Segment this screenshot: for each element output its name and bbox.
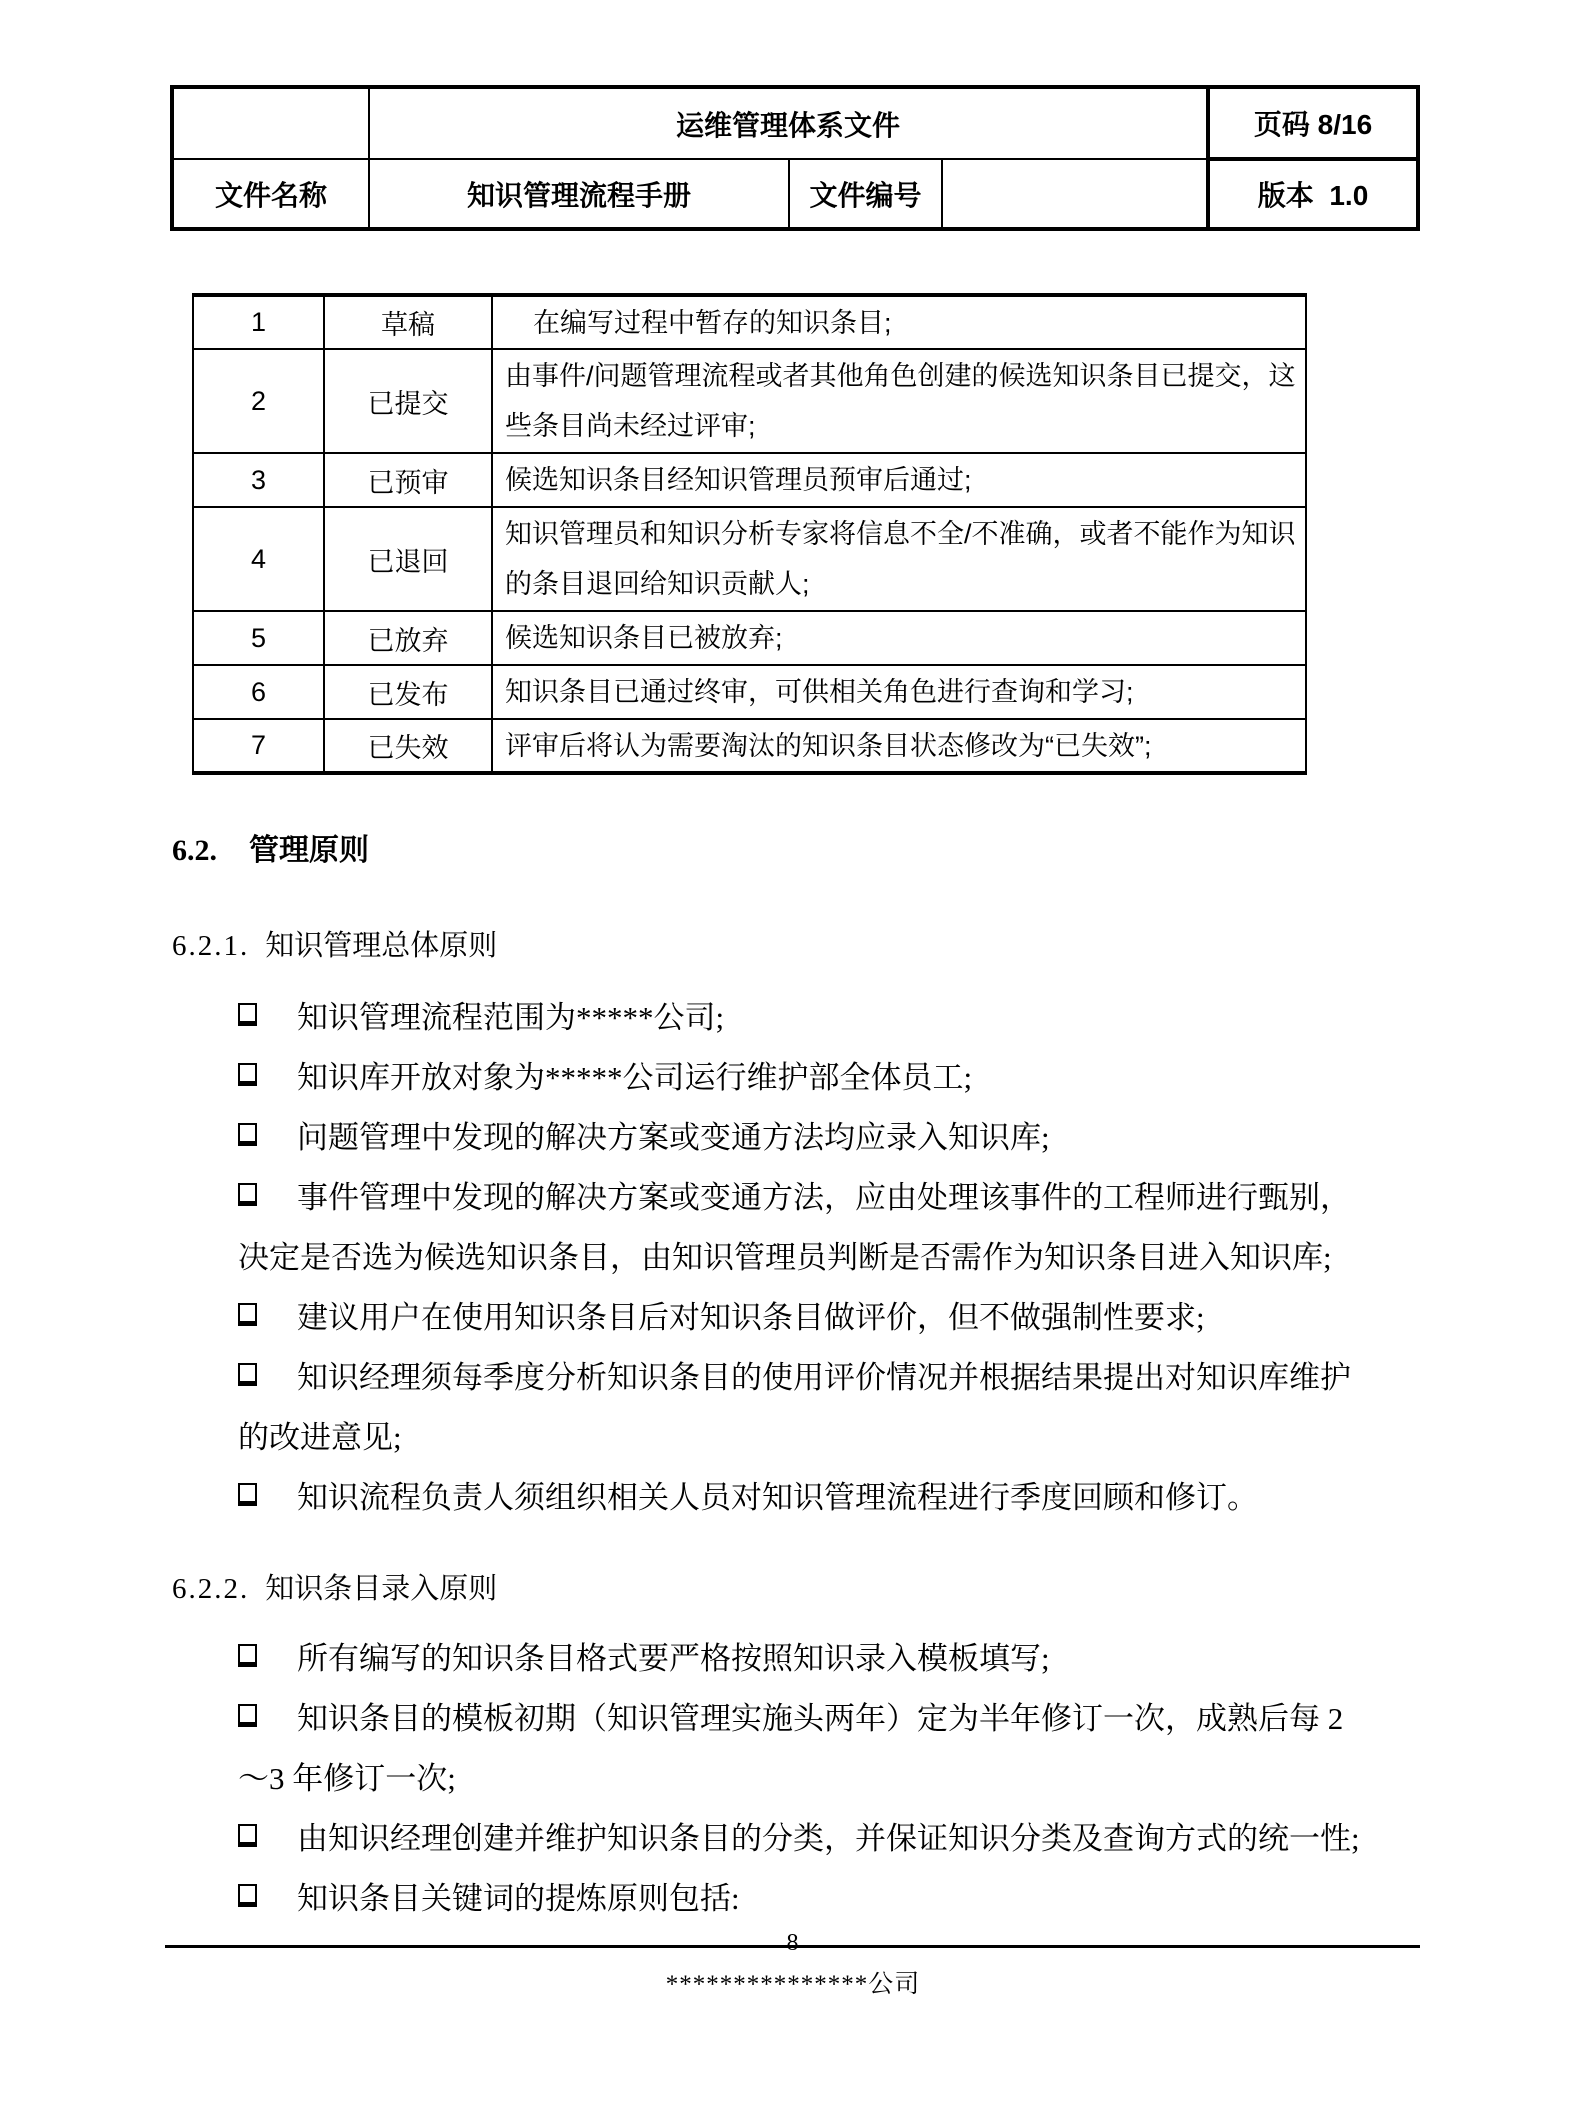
table-row: 2 已提交 由事件/问题管理流程或者其他角色创建的候选知识条目已提交，这些条目尚… [193,349,1306,453]
subsection-title: 知识管理总体原则 [265,930,497,962]
footer-company-name: ***************公司 [0,1964,1586,2000]
document-header-table: 运维管理体系文件 页码 8/16 文件名称 知识管理流程手册 文件编号 版本 1… [170,85,1420,231]
file-number-value [942,159,1208,229]
principles-list-6-2-1: 知识管理流程范围为*****公司; 知识库开放对象为*****公司运行维护部全体… [172,988,1372,1528]
checkbox-bullet-icon [238,1483,257,1506]
principles-list-6-2-2: 所有编写的知识条目格式要严格按照知识录入模板填写; 知识条目的模板初期（知识管理… [172,1629,1372,1929]
list-item: 由知识经理创建并维护知识条目的分类，并保证知识分类及查询方式的统一性; [172,1809,1372,1869]
system-title: 运维管理体系文件 [369,87,1208,159]
checkbox-bullet-icon [238,1644,257,1667]
knowledge-status-table: 1 草稿 在编写过程中暂存的知识条目; 2 已提交 由事件/问题管理流程或者其他… [192,293,1307,775]
checkbox-bullet-icon [238,1363,257,1386]
section-number: 6.2. [172,834,217,867]
section-heading-6-2: 6.2.管理原则 [172,825,1586,869]
list-item-text: 知识条目关键词的提炼原则包括: [297,1881,740,1916]
list-item-text: 知识管理流程范围为*****公司; [297,1000,724,1035]
list-item: 知识流程负责人须组织相关人员对知识管理流程进行季度回顾和修订。 [172,1468,1372,1528]
file-name-value: 知识管理流程手册 [369,159,789,229]
state-description: 评审后将认为需要淘汰的知识条目状态修改为“已失效”; [492,719,1306,773]
subsection-title: 知识条目录入原则 [265,1573,497,1605]
list-item: 知识经理须每季度分析知识条目的使用评价情况并根据结果提出对知识库维护的改进意见; [172,1348,1372,1468]
state-name: 已提交 [324,349,492,453]
section-title: 管理原则 [249,834,369,867]
row-number: 5 [193,611,324,665]
state-description: 候选知识条目已被放弃; [492,611,1306,665]
state-description: 候选知识条目经知识管理员预审后通过; [492,453,1306,507]
list-item: 事件管理中发现的解决方案或变通方法，应由处理该事件的工程师进行甄别，决定是否选为… [172,1168,1372,1288]
list-item-text: 知识流程负责人须组织相关人员对知识管理流程进行季度回顾和修订。 [297,1480,1258,1515]
page-number-cell: 页码 8/16 [1208,87,1418,159]
table-row: 4 已退回 知识管理员和知识分析专家将信息不全/不准确，或者不能作为知识的条目退… [193,507,1306,611]
list-item: 知识管理流程范围为*****公司; [172,988,1372,1048]
list-item-text: 问题管理中发现的解决方案或变通方法均应录入知识库; [297,1120,1050,1155]
checkbox-bullet-icon [238,1303,257,1326]
list-item: 问题管理中发现的解决方案或变通方法均应录入知识库; [172,1108,1372,1168]
list-item-text: 知识条目的模板初期（知识管理实施头两年）定为半年修订一次，成熟后每 2～3 年修… [238,1701,1343,1796]
list-item: 知识条目关键词的提炼原则包括: [172,1869,1372,1929]
row-number: 6 [193,665,324,719]
subsection-heading-6-2-1: 6.2.1.知识管理总体原则 [172,923,1586,964]
checkbox-bullet-icon [238,1183,257,1206]
table-row: 6 已发布 知识条目已通过终审，可供相关角色进行查询和学习; [193,665,1306,719]
list-item-text: 事件管理中发现的解决方案或变通方法，应由处理该事件的工程师进行甄别，决定是否选为… [238,1180,1351,1275]
list-item-text: 由知识经理创建并维护知识条目的分类，并保证知识分类及查询方式的统一性; [297,1821,1360,1856]
subsection-heading-6-2-2: 6.2.2.知识条目录入原则 [172,1566,1586,1607]
checkbox-bullet-icon [238,1824,257,1847]
header-empty-cell [172,87,369,159]
state-description: 在编写过程中暂存的知识条目; [492,295,1306,349]
table-row: 1 草稿 在编写过程中暂存的知识条目; [193,295,1306,349]
list-item-text: 知识库开放对象为*****公司运行维护部全体员工; [297,1060,972,1095]
state-description: 由事件/问题管理流程或者其他角色创建的候选知识条目已提交，这些条目尚未经过评审; [492,349,1306,453]
subsection-number: 6.2.1. [172,930,249,962]
checkbox-bullet-icon [238,1063,257,1086]
checkbox-bullet-icon [238,1884,257,1907]
state-description: 知识管理员和知识分析专家将信息不全/不准确，或者不能作为知识的条目退回给知识贡献… [492,507,1306,611]
list-item-text: 知识经理须每季度分析知识条目的使用评价情况并根据结果提出对知识库维护的改进意见; [238,1360,1351,1455]
header-row-file: 文件名称 知识管理流程手册 文件编号 版本 1.0 [172,159,1418,229]
subsection-number: 6.2.2. [172,1573,249,1605]
state-name: 草稿 [324,295,492,349]
header-row-title: 运维管理体系文件 页码 8/16 [172,87,1418,159]
footer-divider: 8 [165,1945,1420,1948]
state-description: 知识条目已通过终审，可供相关角色进行查询和学习; [492,665,1306,719]
list-item-text: 所有编写的知识条目格式要严格按照知识录入模板填写; [297,1641,1050,1676]
checkbox-bullet-icon [238,1704,257,1727]
list-item: 所有编写的知识条目格式要严格按照知识录入模板填写; [172,1629,1372,1689]
table-row: 7 已失效 评审后将认为需要淘汰的知识条目状态修改为“已失效”; [193,719,1306,773]
row-number: 1 [193,295,324,349]
state-name: 已退回 [324,507,492,611]
file-name-label: 文件名称 [172,159,369,229]
list-item: 知识库开放对象为*****公司运行维护部全体员工; [172,1048,1372,1108]
state-name: 已发布 [324,665,492,719]
list-item-text: 建议用户在使用知识条目后对知识条目做评价，但不做强制性要求; [297,1300,1205,1335]
checkbox-bullet-icon [238,1003,257,1026]
row-number: 2 [193,349,324,453]
table-row: 5 已放弃 候选知识条目已被放弃; [193,611,1306,665]
version-cell: 版本 1.0 [1208,159,1418,229]
row-number: 7 [193,719,324,773]
list-item: 建议用户在使用知识条目后对知识条目做评价，但不做强制性要求; [172,1288,1372,1348]
state-name: 已失效 [324,719,492,773]
row-number: 3 [193,453,324,507]
list-item: 知识条目的模板初期（知识管理实施头两年）定为半年修订一次，成熟后每 2～3 年修… [172,1689,1372,1809]
file-number-label: 文件编号 [789,159,942,229]
checkbox-bullet-icon [238,1123,257,1146]
state-name: 已预审 [324,453,492,507]
row-number: 4 [193,507,324,611]
table-row: 3 已预审 候选知识条目经知识管理员预审后通过; [193,453,1306,507]
state-name: 已放弃 [324,611,492,665]
footer-page-number: 8 [787,1931,799,1955]
